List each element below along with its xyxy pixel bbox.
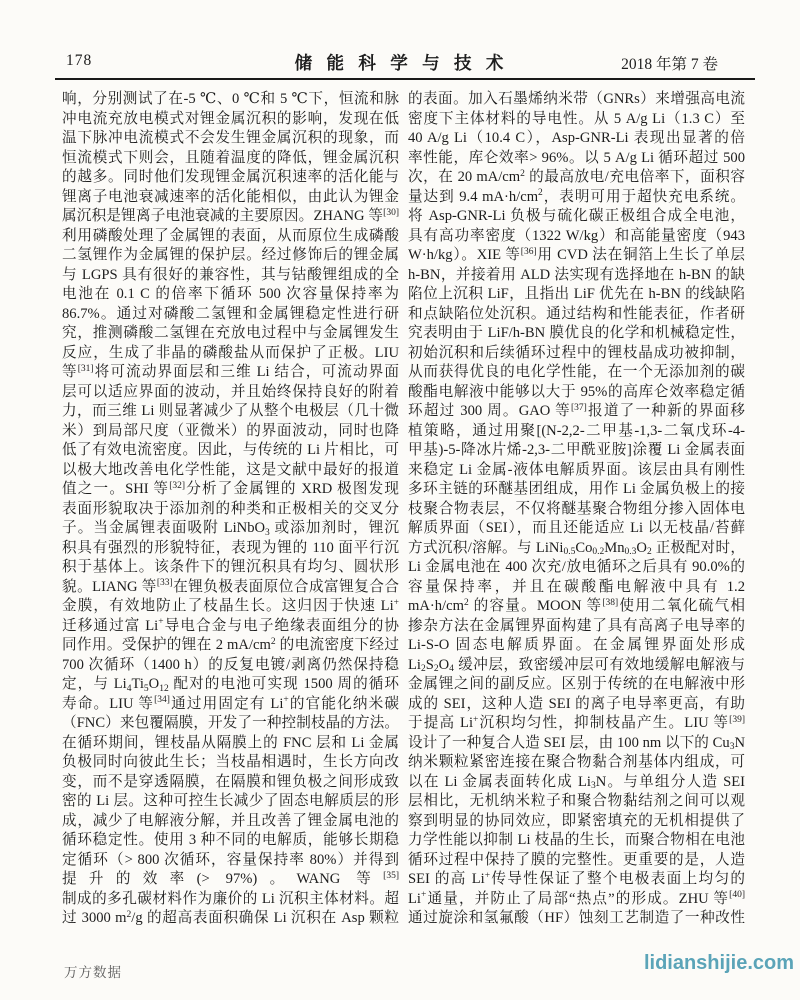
text-line: 植策略，通过用聚[(N-2,2-二甲基-1,3-二氧戊环-4-	[408, 422, 745, 442]
text-line: 力，而三维 Li 则显著减少了从整个电极层（几十微	[62, 402, 399, 422]
text-line: 将 Asp-GNR-Li 负极与硫化碳正极组合成全电池，	[408, 207, 745, 227]
text-line: 多环主链的环醚基团组成，用作 Li 金属负极上的接	[408, 480, 745, 500]
text-line: 米）到局部尺度（亚微米）的界面波动，同时也降	[62, 422, 399, 442]
text-line: 量达到 9.4 mA·h/cm2，表明可用于超快充电系统。	[408, 188, 745, 208]
text-line: 枝聚合物表层，不仅将醚基聚合物组分掺入固体电	[408, 500, 745, 520]
text-line: 定，与 Li4Ti5O12 配对的电池可实现 1500 周的循环	[62, 675, 399, 695]
text-line: 二氢锂作为金属锂的保护层。经过修饰后的锂金属	[62, 246, 399, 266]
text-line: 酸酯电解液中能够以大于 95%的高库仑效率稳定循	[408, 383, 745, 403]
text-line: 次，在 20 mA/cm2 的最高放电/充电倍率下，面积容	[408, 168, 745, 188]
text-line: 甲基)-5-降冰片烯-2,3-二甲酰亚胺]涂覆 Li 金属表面	[408, 441, 745, 461]
text-line: 金属锂之间的副反应。区别于传统的在电解液中形	[408, 675, 745, 695]
text-line: 层相比，无机纳米粒子和聚合物黏结剂之间可以观	[408, 792, 745, 812]
text-line: 积具有强烈的形貌特征，表现为锂的 110 面平行沉	[62, 539, 399, 559]
right-column: 的表面。加入石墨烯纳米带（GNRs）来增强高电流密度下主体材料的导电性。从 5 …	[408, 90, 745, 929]
text-line: 86.7%。通过对磷酸二氢锂和金属锂稳定性进行研	[62, 305, 399, 325]
text-line: 容量保持率，并且在碳酸酯电解液中具有 1.2	[408, 578, 745, 598]
journal-title: 储 能 科 学 与 技 术	[295, 50, 506, 75]
text-line: 解质界面（SEI），而且还能适应 Li 以无枝晶/苔藓	[408, 519, 745, 539]
text-line: 于提高 Li+沉积均匀性，抑制枝晶产生。LIU 等[39]	[408, 714, 745, 734]
text-line: 负极同时向彼此生长；当枝晶相遇时，生长方向改	[62, 753, 399, 773]
text-line: 锂离子电池衰减速率的活化能相似，由此认为锂金	[62, 188, 399, 208]
text-line: 率性能，库仑效率> 96%。以 5 A/g Li 循环超过 500	[408, 149, 745, 169]
text-line: 密度下主体材料的导电性。从 5 A/g Li（1.3 C）至	[408, 110, 745, 130]
text-line: 初始沉积和后续循环过程中的锂枝晶成功被抑制，	[408, 344, 745, 364]
text-line: 貌。LIANG 等[33]在锂负极表面原位合成富锂复合合	[62, 578, 399, 598]
text-line: h-BN，并接着用 ALD 法实现有选择地在 h-BN 的缺	[408, 266, 745, 286]
left-column: 响，分别测试了在-5 ℃、0 ℃和 5 ℃下，恒流和脉冲电流充放电模式对锂金属沉…	[62, 90, 399, 929]
text-line: 40 A/g Li（10.4 C），Asp-GNR-Li 表现出显著的倍	[408, 129, 745, 149]
text-line: 从而获得优良的电化学性能，在一个无添加剂的碳	[408, 363, 745, 383]
text-line: 迁移通过富 Li+导电合金与电子绝缘表面组分的协	[62, 617, 399, 637]
text-line: 制成的多孔碳材料作为廉价的 Li 沉积主体材料。超	[62, 890, 399, 910]
text-line: 纳米颗粒紧密连接在聚合物黏合剂基体内组成，可	[408, 753, 745, 773]
text-line: 反应，生成了非晶的磷酸盐从而保护了正极。LIU	[62, 344, 399, 364]
text-line: 循环稳定性。使用 3 种不同的电解质，能够长期稳	[62, 831, 399, 851]
text-line: 和点缺陷位处沉积。通过结构和性能表征，作者研	[408, 305, 745, 325]
text-line: 陷位上沉积 LiF，且指出 LiF 优先在 h-BN 的线缺陷	[408, 285, 745, 305]
text-line: Li-S-O 固态电解质界面。在金属锂界面处形成	[408, 636, 745, 656]
text-line: 层可以适应界面的波动，并且始终保持良好的附着	[62, 383, 399, 403]
text-line: 成的 SEI，这种人造 SEI 的离子电导率更高，有助	[408, 695, 745, 715]
text-line: 与 LGPS 具有很好的兼容性，其与钴酸锂组成的全	[62, 266, 399, 286]
text-line: 恒流模式下则会，且随着温度的降低，锂金属沉积	[62, 149, 399, 169]
text-line: 属沉积是锂离子电池衰减的主要原因。ZHANG 等[30]	[62, 207, 399, 227]
text-line: Li+通量，并防止了局部“热点”的形成。ZHU 等[40]	[408, 890, 745, 910]
text-line: 700 次循环（1400 h）的反复电镀/剥离仍然保持稳	[62, 656, 399, 676]
text-line: 等[31]将可流动界面层和三维 Li 结合，可流动界面	[62, 363, 399, 383]
text-line: 方式沉积/溶解。与 LiNi0.5Co0.2Mn0.3O2 正极配对时，	[408, 539, 745, 559]
issue-info: 2018 年第 7 卷	[621, 52, 718, 74]
text-line: W·h/kg）。XIE 等[36]用 CVD 法在铜箔上生长了单层	[408, 246, 745, 266]
text-line: 电池在 0.1 C 的倍率下循环 500 次容量保持率为	[62, 285, 399, 305]
text-line: 响，分别测试了在-5 ℃、0 ℃和 5 ℃下，恒流和脉	[62, 90, 399, 110]
text-line: 力学性能以抑制 Li 枝晶的生长，而聚合物相在电池	[408, 831, 745, 851]
text-line: 环超过 300 周。GAO 等[37]报道了一种新的界面移	[408, 402, 745, 422]
text-line: （FNC）来包覆隔膜，开发了一种控制枝晶的方法。	[62, 714, 399, 734]
text-line: 究，推测磷酸二氢锂在充放电过程中与金属锂发生	[62, 324, 399, 344]
text-line: SEI 的高 Li+传导性保证了整个电极表面上均匀的	[408, 870, 745, 890]
text-line: Li2S2O4 缓冲层，致密缓冲层可有效地缓解电解液与	[408, 656, 745, 676]
text-line: 察到明显的协同效应，即紧密填充的无机相提供了	[408, 812, 745, 832]
text-line: 冲电流充放电模式对锂金属沉积的影响，发现在低	[62, 110, 399, 130]
text-line: 金膜，有效地防止了枝晶生长。这归因于快速 Li+	[62, 597, 399, 617]
text-line: 变，而不是穿透隔膜，在隔膜和锂负极之间形成致	[62, 773, 399, 793]
text-line: 成，减少了电解液分解，并且改善了锂金属电池的	[62, 812, 399, 832]
text-line: 掺杂方法在金属锂界面构建了具有高离子电导率的	[408, 617, 745, 637]
text-line: 的表面。加入石墨烯纳米带（GNRs）来增强高电流	[408, 90, 745, 110]
text-line: 定循环（> 800 次循环，容量保持率 80%）并得到	[62, 851, 399, 871]
wanfang-watermark: 万方数据	[64, 961, 122, 981]
text-line: 究表明由于 LiF/h-BN 膜优良的化学和机械稳定性，	[408, 324, 745, 344]
text-line: 值之一。SHI 等[32]分析了金属锂的 XRD 极图发现	[62, 480, 399, 500]
text-line: 设计了一种复合人造 SEI 层，由 100 nm 以下的 Cu3N	[408, 734, 745, 754]
text-line: 循环过程中保持了膜的完整性。更重要的是，人造	[408, 851, 745, 871]
text-line: 低了有效电流密度。因此，与传统的 Li 片相比，可	[62, 441, 399, 461]
paper-page: 178 储 能 科 学 与 技 术 2018 年第 7 卷 响，分别测试了在-5…	[0, 0, 800, 1000]
text-line: 以在 Li 金属表面转化成 Li3N。与单组分人造 SEI	[408, 773, 745, 793]
body-columns: 响，分别测试了在-5 ℃、0 ℃和 5 ℃下，恒流和脉冲电流充放电模式对锂金属沉…	[62, 90, 745, 929]
text-line: 以极大地改善电化学性能，这是文献中最好的报道	[62, 461, 399, 481]
text-line: 温下脉冲电流模式不会发生锂金属沉积的现象，而	[62, 129, 399, 149]
text-line: 子。当金属锂表面吸附 LiNbO3 或添加剂时，锂沉	[62, 519, 399, 539]
header-rule	[55, 78, 755, 80]
text-line: 通过旋涂和氢氟酸（HF）蚀刻工艺制造了一种改性	[408, 909, 745, 929]
text-line: 密的 Li 层。这种可控生长减少了固态电解质层的形	[62, 792, 399, 812]
text-line: mA·h/cm2 的容量。MOON 等[38]使用二氧化硫气相	[408, 597, 745, 617]
text-line: 积于基体上。该条件下的锂沉积具有均匀、圆状形	[62, 558, 399, 578]
text-line: Li 金属电池在 400 次充/放电循环之后具有 90.0%的	[408, 558, 745, 578]
text-line: 寿命。LIU 等[34]通过用固定有 Li+的官能化纳米碳	[62, 695, 399, 715]
text-line: 具有高功率密度（1322 W/kg）和高能量密度（943	[408, 227, 745, 247]
text-line: 在循环期间，锂枝晶从隔膜上的 FNC 层和 Li 金属	[62, 734, 399, 754]
text-line: 过 3000 m2/g 的超高表面积确保 Li 沉积在 Asp 颗粒	[62, 909, 399, 929]
text-line: 利用磷酸处理了金属锂的表面，从而原位生成磷酸	[62, 227, 399, 247]
text-line: 提升的效率(> 97%)。WANG 等[35]使用由沥青（Asp）	[62, 870, 399, 890]
page-number: 178	[66, 52, 92, 70]
text-line: 来稳定 Li 金属-液体电解质界面。该层由具有刚性	[408, 461, 745, 481]
text-line: 的越多。同时他们发现锂金属沉积速率的活化能与	[62, 168, 399, 188]
text-line: 同作用。受保护的锂在 2 mA/cm2 的电流密度下经过	[62, 636, 399, 656]
text-line: 表面形貌取决于添加剂的种类和正极相关的交叉分	[62, 500, 399, 520]
site-link[interactable]: lidianshijie.com	[644, 952, 794, 975]
